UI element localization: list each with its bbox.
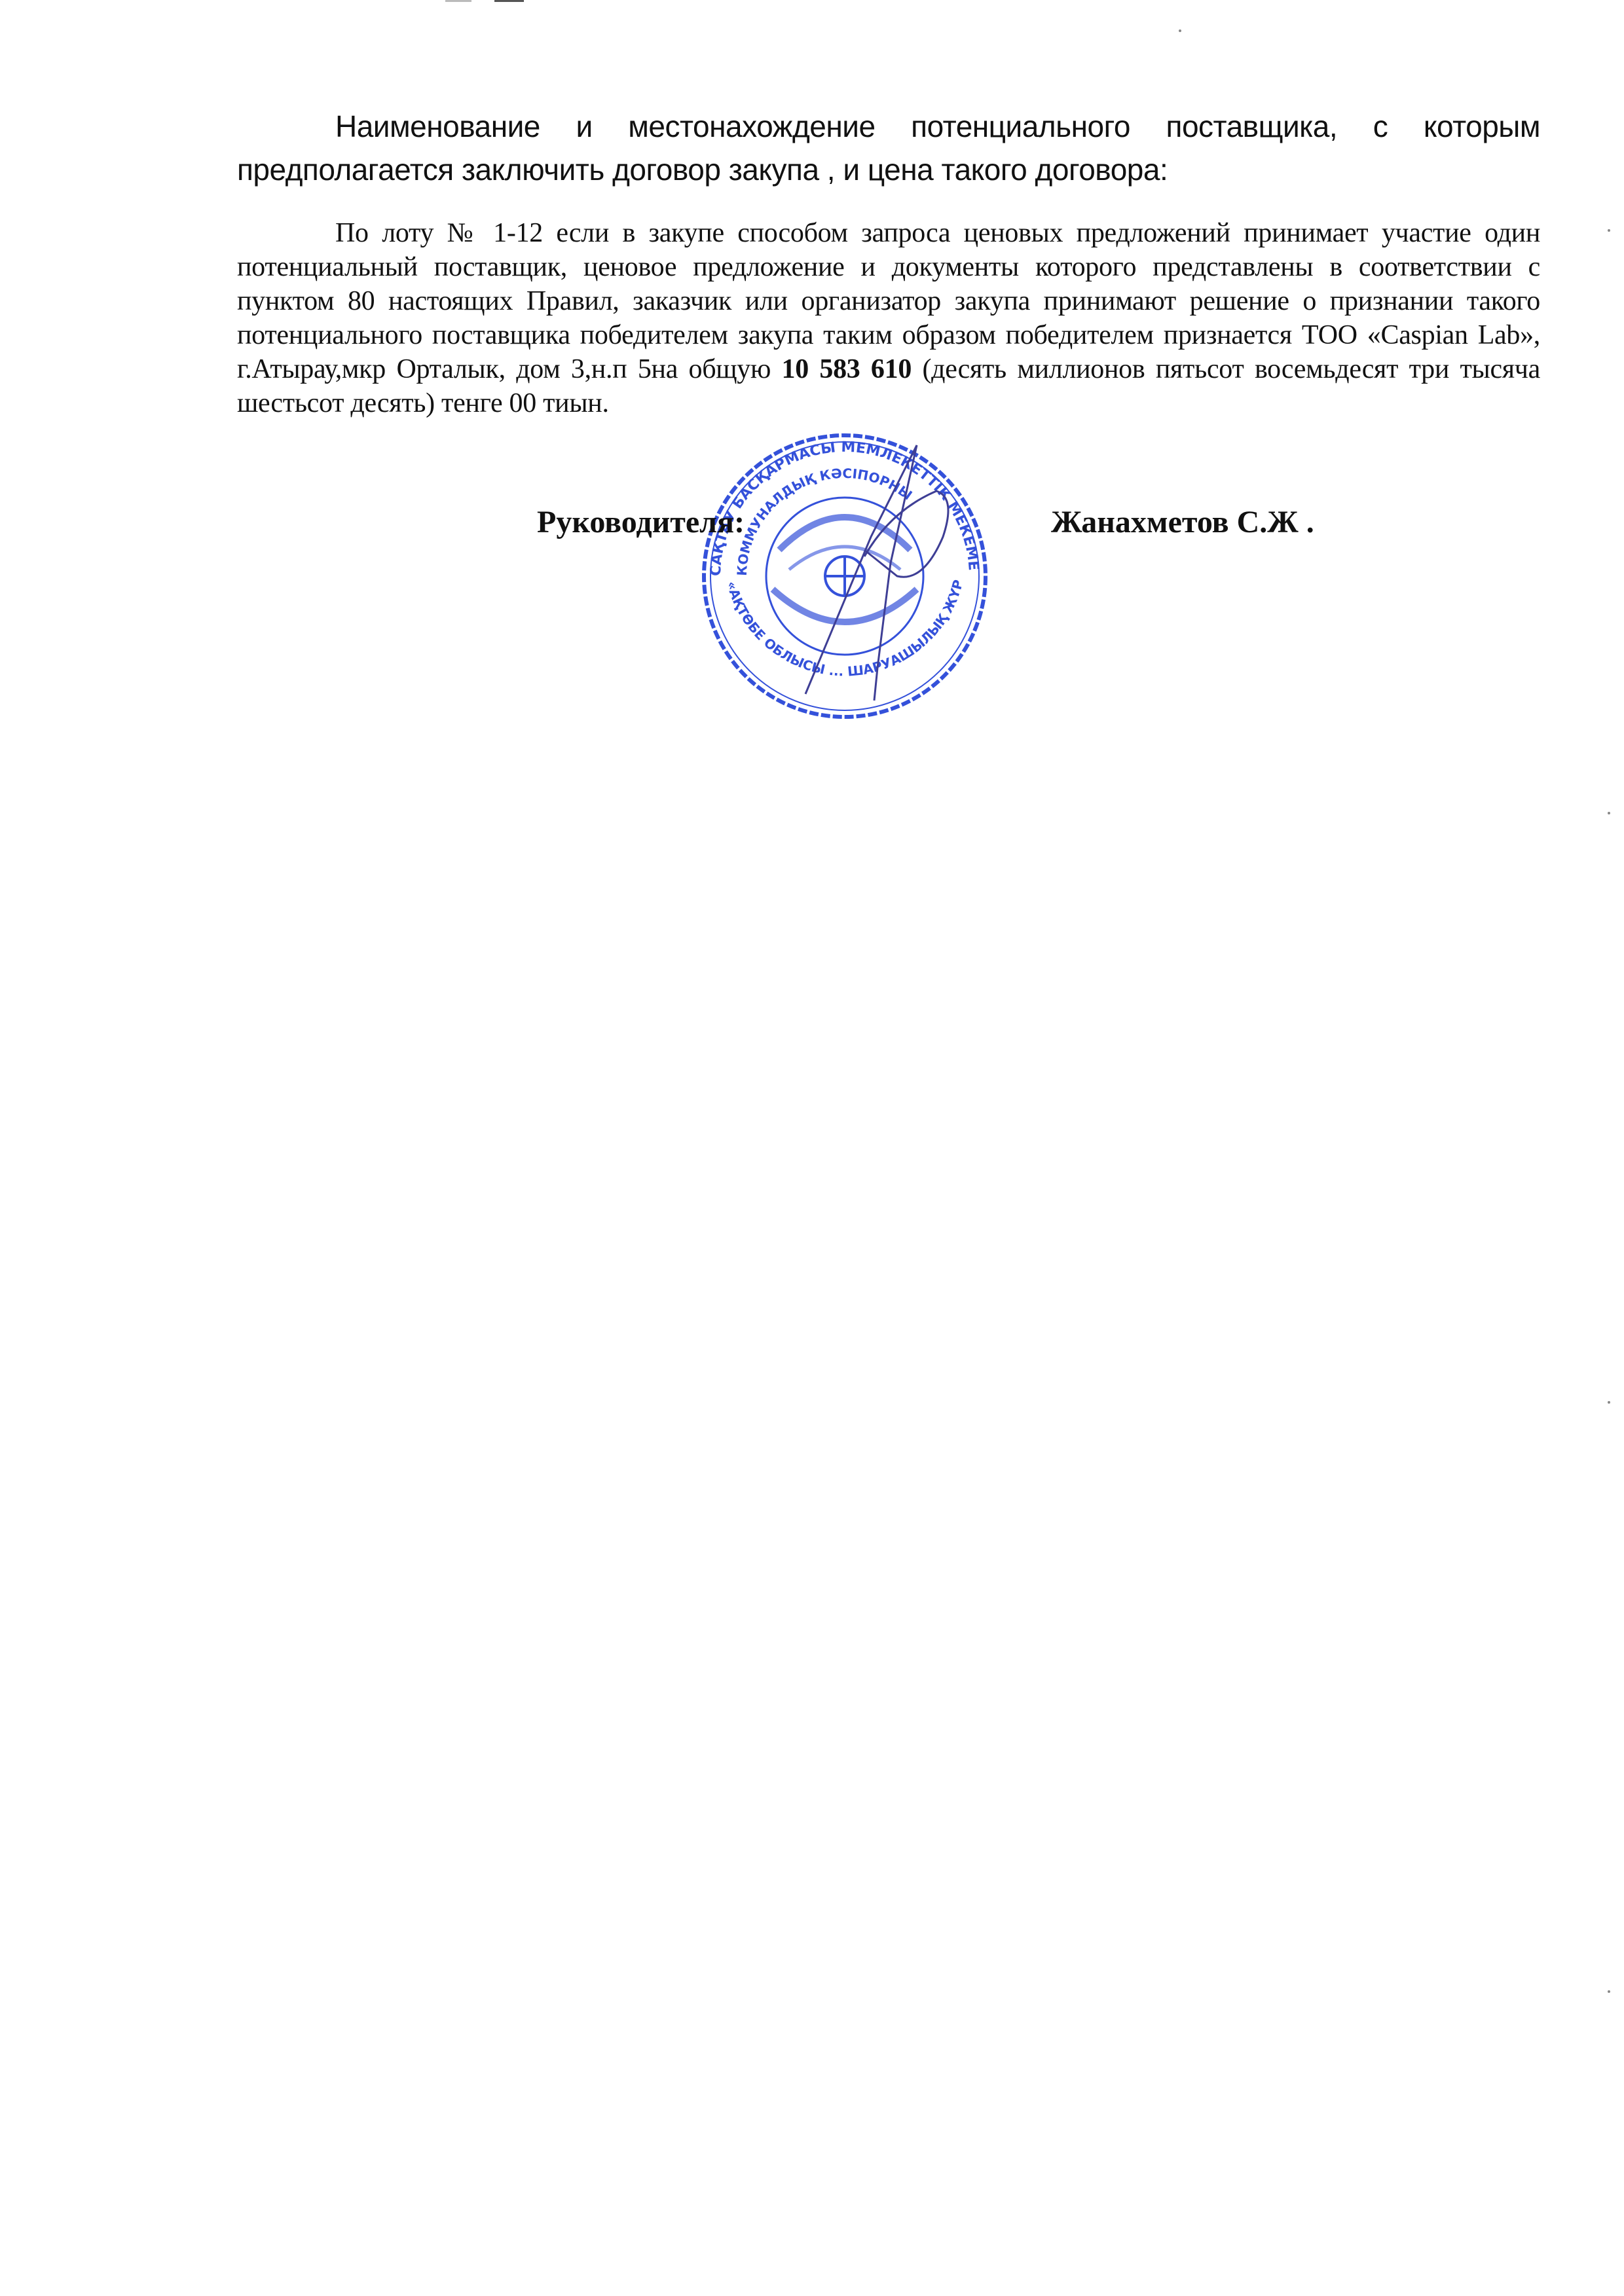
scan-artifact	[494, 0, 524, 2]
scan-speck	[1608, 229, 1610, 232]
scan-speck	[1608, 812, 1610, 814]
signatory-name: Жанахметов С.Ж .	[1051, 504, 1314, 540]
section-heading: Наименование и местонахождение потенциал…	[237, 105, 1540, 191]
scan-speck	[1179, 29, 1181, 32]
heading-text: Наименование и местонахождение потенциал…	[237, 109, 1540, 187]
scan-speck	[1608, 1990, 1610, 1993]
contract-amount: 10 583 610	[782, 354, 912, 384]
official-stamp-icon: САҚТАУ БАСҚАРМАСЫ МЕМЛЕКЕТТІК МЕКЕМЕСІНІ…	[674, 419, 1015, 720]
scan-artifact	[445, 0, 471, 2]
scan-speck	[1608, 1401, 1610, 1404]
signatory-title: Руководителя:	[537, 504, 745, 540]
award-paragraph: По лоту № 1-12 если в закупе способом за…	[237, 216, 1540, 420]
document-page: Наименование и местонахождение потенциал…	[0, 0, 1624, 2296]
